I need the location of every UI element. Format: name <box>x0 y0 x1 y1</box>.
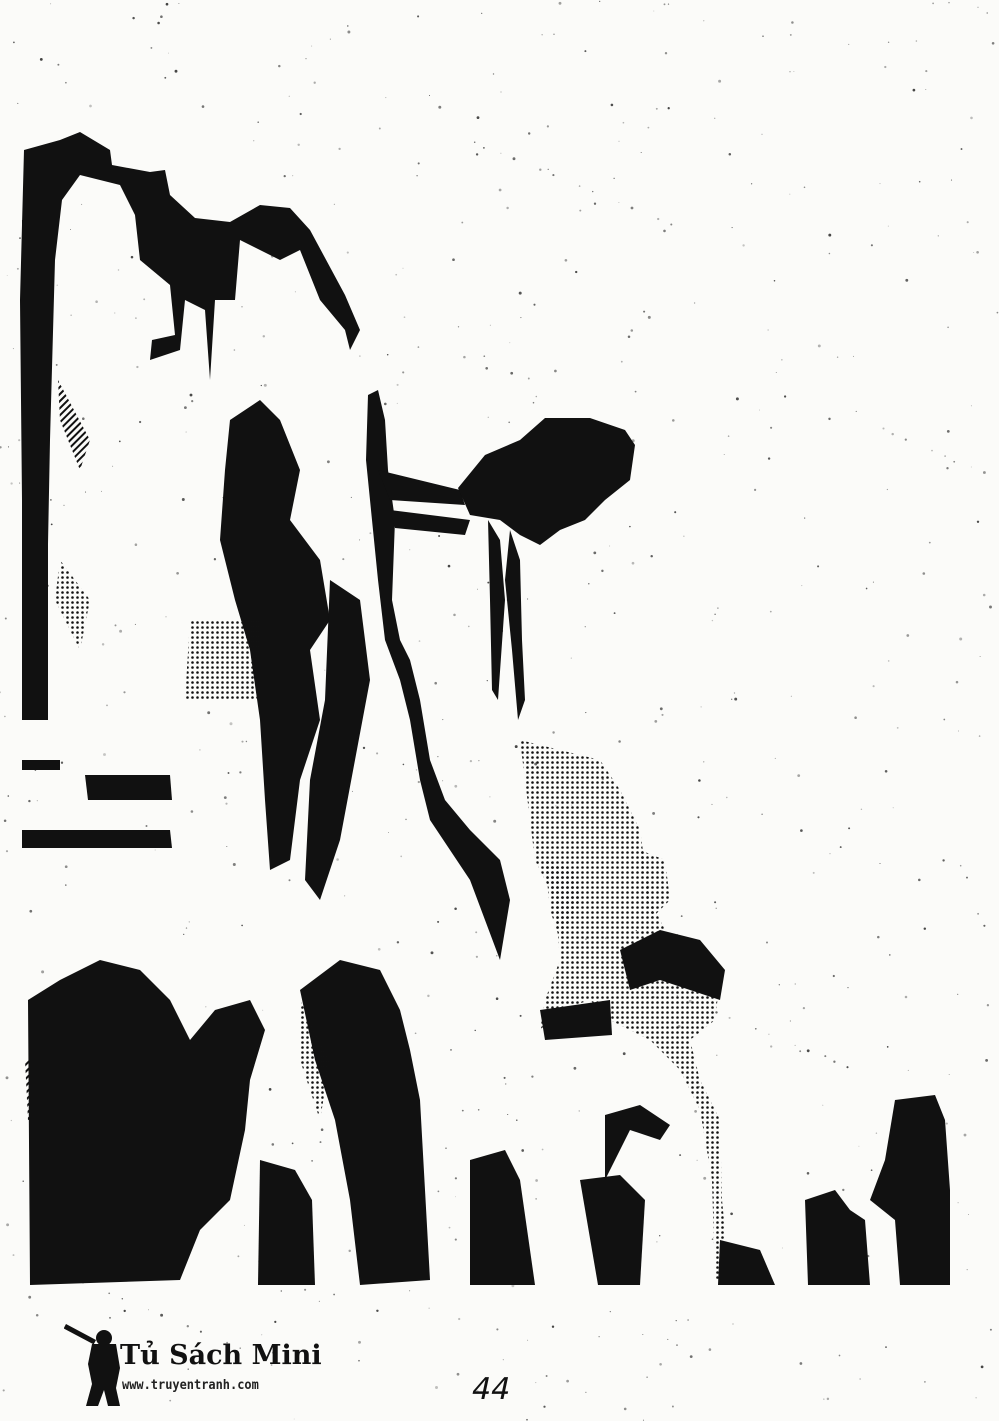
watermark-title: Tủ Sách Mini <box>120 1340 322 1371</box>
silhouette-warrior-icon <box>64 1318 124 1408</box>
page-number: 44 <box>468 1372 514 1407</box>
watermark-logo: Tủ Sách Mini www.truyentranh.com <box>64 1318 324 1408</box>
watermark-url: www.truyentranh.com <box>122 1378 259 1393</box>
cliff-illustration <box>0 0 999 1421</box>
